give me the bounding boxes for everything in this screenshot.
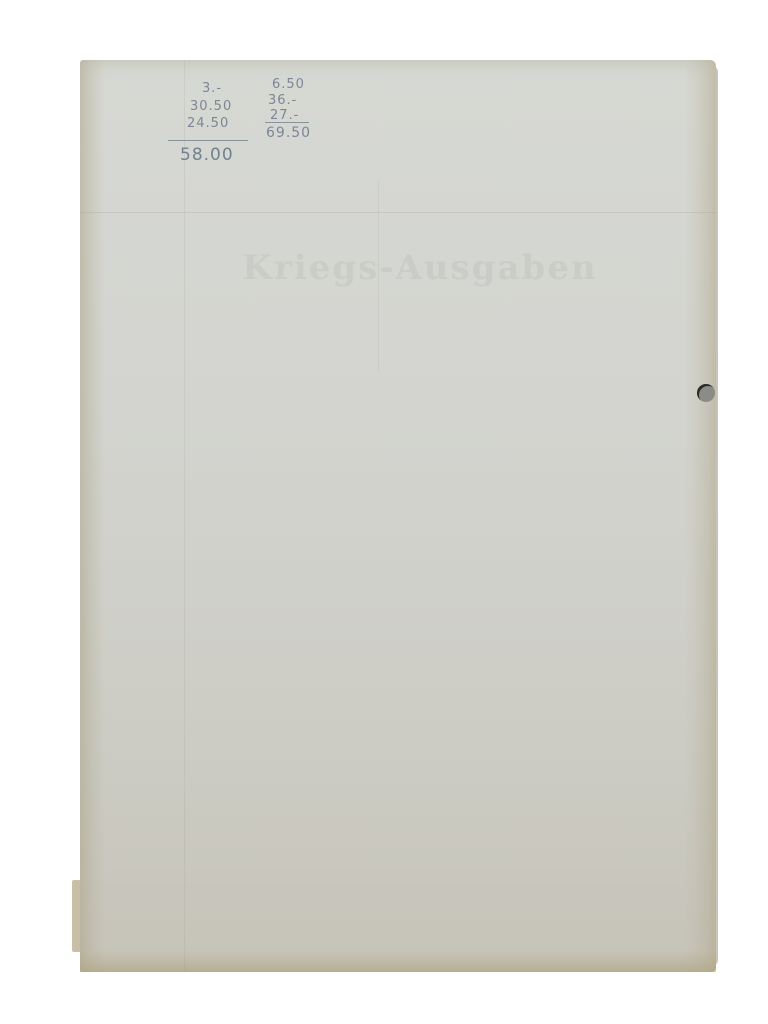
sum-rule [168,140,248,141]
handwritten-total: 58.00 [180,147,234,164]
handwritten-entry: 30.50 [190,100,232,113]
punch-hole [697,384,715,402]
ghost-rule-line [80,212,716,213]
handwritten-total: 69.50 [266,126,311,140]
handwritten-entry: 36.- [268,94,297,107]
handwritten-entry: 6.50 [272,78,305,91]
ghost-column-line [184,60,185,972]
handwritten-entry: 3.- [202,82,222,95]
sum-rule [265,122,309,123]
show-through-title: Kriegs-Ausgaben [240,248,600,288]
paper-sheet [80,60,716,972]
handwritten-entry: 24.50 [187,117,229,130]
handwritten-entry: 27.- [270,109,299,122]
